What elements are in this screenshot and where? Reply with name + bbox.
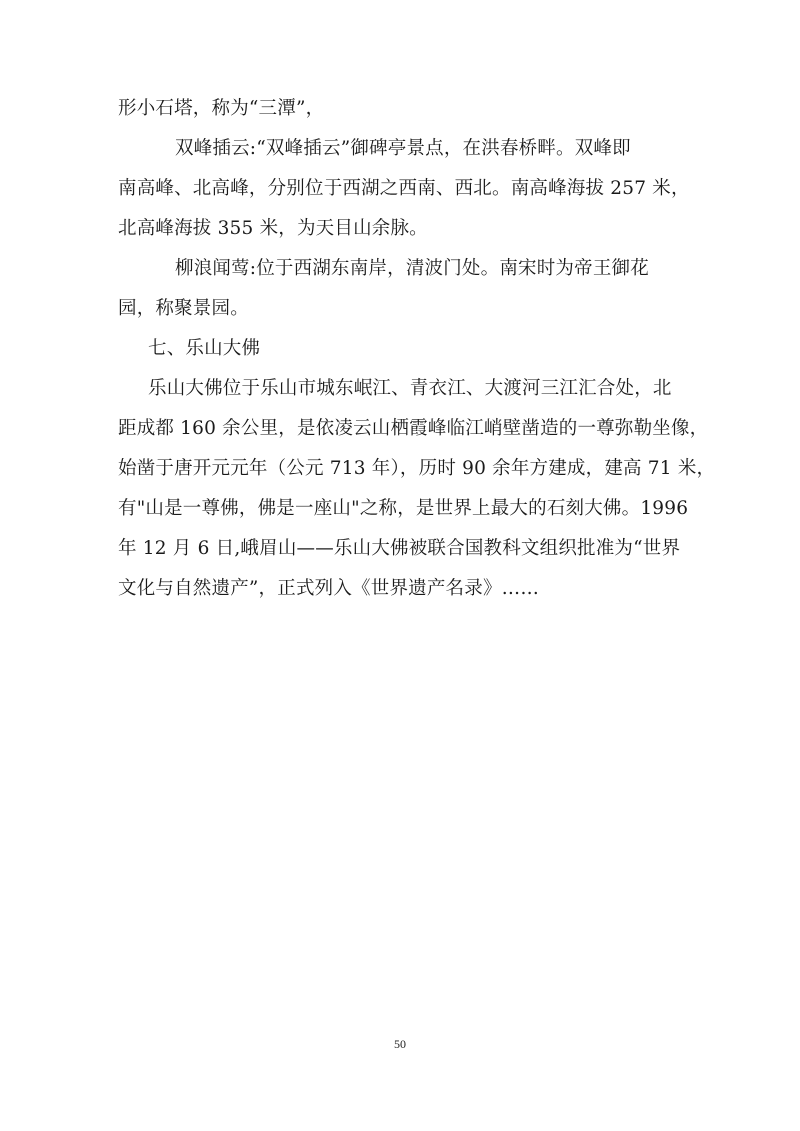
paragraph-leshan-dafo: 乐山大佛位于乐山市城东岷江、青衣江、大渡河三江汇合处，北 [148, 377, 672, 401]
paragraph-liulang-wenying: 柳浪闻莺:位于西湖东南岸，清波门处。南宋时为帝王御花 [175, 257, 649, 281]
text-line: 始凿于唐开元元年（公元 713 年），历时 90 余年方建成，建高 71 米， [118, 457, 715, 481]
text-line: 南高峰、北高峰，分别位于西湖之西南、西北。南高峰海拔 257 米， [118, 177, 690, 201]
text-line: 距成都 160 余公里，是依凌云山栖霞峰临江峭壁凿造的一尊弥勒坐像， [118, 417, 708, 441]
text-line: 形小石塔，称为“三潭”， [118, 97, 324, 121]
page-number: 50 [0, 1037, 800, 1052]
text-line: 北高峰海拔 355 米，为天目山余脉。 [118, 217, 428, 241]
text-line: 年 12 月 6 日,峨眉山——乐山大佛被联合国教科文组织批准为“世界 [118, 537, 680, 561]
section-heading: 七、乐山大佛 [148, 337, 260, 361]
document-page: 形小石塔，称为“三潭”， 双峰插云:“双峰插云”御碑亭景点，在洪春桥畔。双峰即 … [0, 0, 800, 1131]
paragraph-shuangfeng-chayun: 双峰插云:“双峰插云”御碑亭景点，在洪春桥畔。双峰即 [175, 137, 631, 161]
text-line: 文化与自然遗产”，正式列入《世界遗产名录》…… [118, 577, 539, 601]
text-line: 有"山是一尊佛，佛是一座山"之称，是世界上最大的石刻大佛。1996 [118, 497, 688, 521]
text-line: 园，称聚景园。 [118, 297, 249, 321]
